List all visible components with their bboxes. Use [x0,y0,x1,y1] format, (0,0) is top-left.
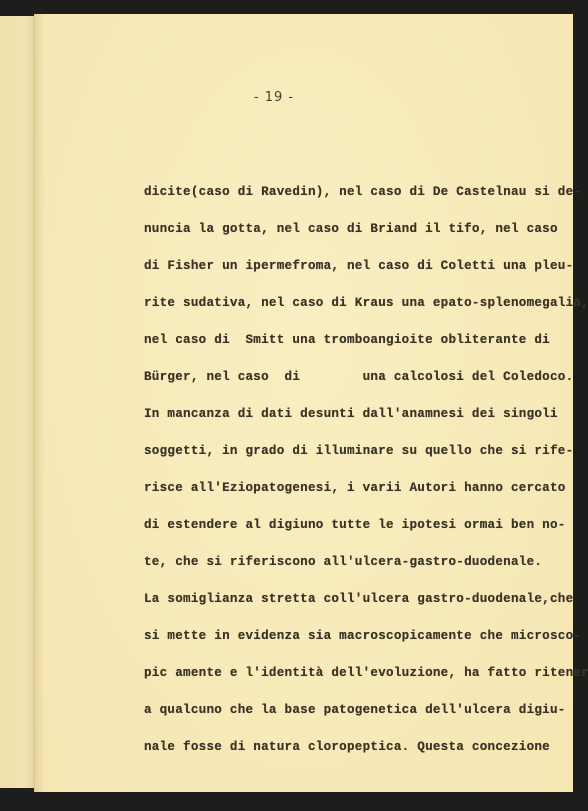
body-text: dicite(caso di Ravedin), nel caso di De … [144,174,574,766]
text-line: Bürger, nel caso di una calcolosi del Co… [144,359,574,396]
text-line: si mette in evidenza sia macroscopicamen… [144,618,574,655]
text-line: di Fisher un ipermefroma, nel caso di Co… [144,248,574,285]
text-line: nale fosse di natura cloropeptica. Quest… [144,729,574,766]
facing-page-edge [0,16,35,788]
text-line: a qualcuno che la base patogenetica dell… [144,692,574,729]
page-number: - 19 - [35,90,573,105]
text-line: pic amente e l'identità dell'evoluzione,… [144,655,574,692]
text-line: nel caso di Smitt una tromboangioite obl… [144,322,574,359]
text-line: nuncia la gotta, nel caso di Briand il t… [144,211,574,248]
text-line: di estendere al digiuno tutte le ipotesi… [144,507,574,544]
document-page: - 19 - dicite(caso di Ravedin), nel caso… [35,14,573,792]
text-line: In mancanza di dati desunti dall'anamnes… [144,396,574,433]
text-line: dicite(caso di Ravedin), nel caso di De … [144,174,574,211]
text-line: te, che si riferiscono all'ulcera-gastro… [144,544,574,581]
text-line: La somiglianza stretta coll'ulcera gastr… [144,581,574,618]
text-line: rite sudativa, nel caso di Kraus una epa… [144,285,574,322]
text-line: risce all'Eziopatogenesi, i varii Autori… [144,470,574,507]
text-line: soggetti, in grado di illuminare su quel… [144,433,574,470]
